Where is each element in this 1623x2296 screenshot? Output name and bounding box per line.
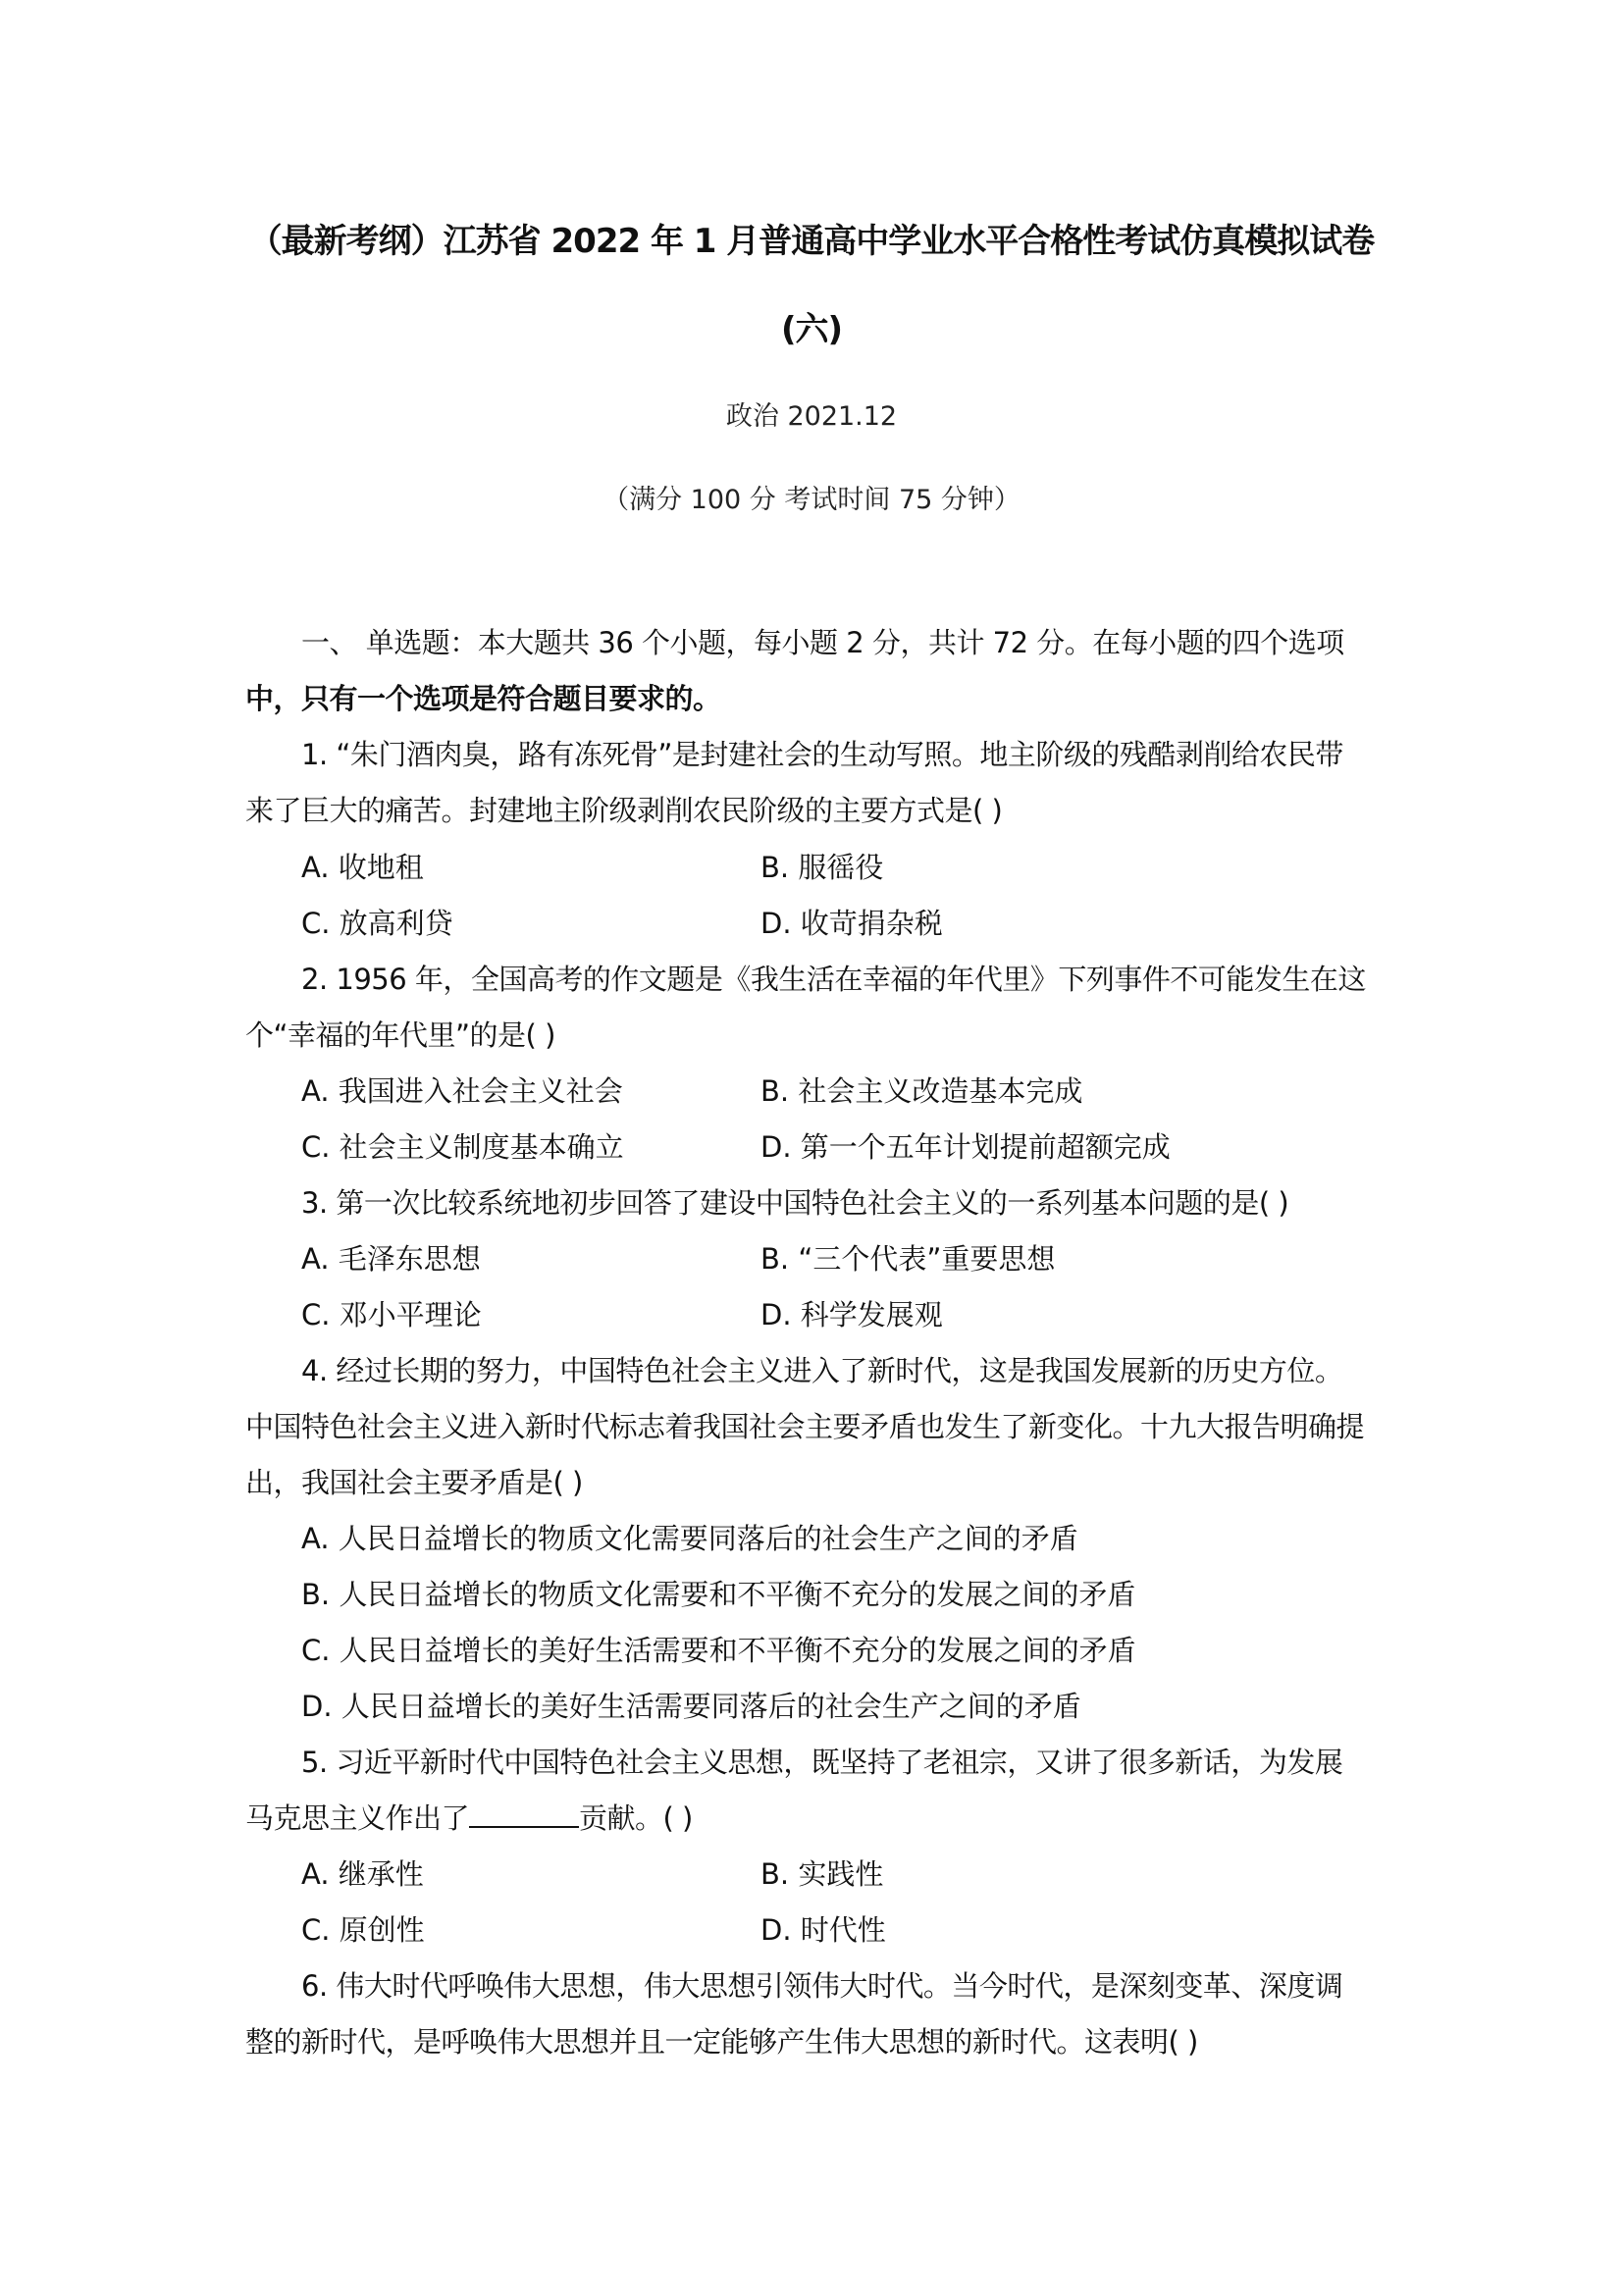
question-5-text-cont: 马克思主义作出了贡献。( ) (245, 1800, 1388, 1836)
question-5-option-c: C. 原创性 (301, 1912, 425, 1948)
question-4-text-cont: 中国特色社会主义进入新时代标志着我国社会主要矛盾也发生了新变化。十九大报告明确提 (245, 1409, 1388, 1444)
question-5-option-a: A. 继承性 (301, 1856, 424, 1892)
question-3-option-d: D. 科学发展观 (760, 1297, 943, 1332)
question-1-text: 1. “朱门酒肉臭，路有冻死骨”是封建社会的生动写照。地主阶级的残酷剥削给农民带 (301, 737, 1388, 772)
answer-blank (469, 1800, 579, 1828)
question-5-text-before-blank: 马克思主义作出了 (245, 1801, 469, 1835)
question-1-option-c: C. 放高利贷 (301, 906, 453, 941)
question-4-option-b: B. 人民日益增长的物质文化需要和不平衡不充分的发展之间的矛盾 (301, 1577, 1135, 1612)
exam-subtitle: (六) (0, 302, 1623, 350)
section-heading: 一、 单选题：本大题共 36 个小题，每小题 2 分，共计 72 分。在每小题的… (301, 625, 1388, 660)
question-2-option-b: B. 社会主义改造基本完成 (760, 1073, 1082, 1109)
question-2-option-a: A. 我国进入社会主义社会 (301, 1073, 623, 1109)
question-5-option-d: D. 时代性 (760, 1912, 886, 1948)
question-3-option-c: C. 邓小平理论 (301, 1297, 482, 1332)
question-3-text: 3. 第一次比较系统地初步回答了建设中国特色社会主义的一系列基本问题的是( ) (301, 1185, 1388, 1221)
score-time-line: （满分 100 分 考试时间 75 分钟） (0, 478, 1623, 516)
question-6-text-cont: 整的新时代，是呼唤伟大思想并且一定能够产生伟大思想的新时代。这表明( ) (245, 2024, 1388, 2060)
question-4-text-cont2: 出，我国社会主要矛盾是( ) (245, 1465, 1388, 1500)
question-2-option-d: D. 第一个五年计划提前超额完成 (760, 1129, 1171, 1165)
exam-page: （最新考纲）江苏省 2022 年 1 月普通高中学业水平合格性考试仿真模拟试卷 … (0, 0, 1623, 2296)
question-6-text: 6. 伟大时代呼唤伟大思想，伟大思想引领伟大时代。当今时代，是深刻变革、深度调 (301, 1968, 1388, 2004)
question-1-option-a: A. 收地租 (301, 850, 424, 885)
question-4-text: 4. 经过长期的努力，中国特色社会主义进入了新时代，这是我国发展新的历史方位。 (301, 1353, 1388, 1388)
question-5-text-after-blank: 贡献。( ) (579, 1801, 693, 1835)
question-1-option-d: D. 收苛捐杂税 (760, 906, 943, 941)
question-5-text: 5. 习近平新时代中国特色社会主义思想，既坚持了老祖宗，又讲了很多新话，为发展 (301, 1745, 1388, 1780)
subject-date-line: 政治 2021.12 (0, 394, 1623, 433)
question-5-option-b: B. 实践性 (760, 1856, 883, 1892)
question-3-option-a: A. 毛泽东思想 (301, 1241, 481, 1277)
section-heading-cont: 中，只有一个选项是符合题目要求的。 (245, 681, 1388, 716)
question-4-option-d: D. 人民日益增长的美好生活需要同落后的社会生产之间的矛盾 (301, 1689, 1081, 1724)
question-4-option-c: C. 人民日益增长的美好生活需要和不平衡不充分的发展之间的矛盾 (301, 1633, 1136, 1668)
question-1-option-b: B. 服徭役 (760, 850, 883, 885)
question-2-option-c: C. 社会主义制度基本确立 (301, 1129, 624, 1165)
question-2-text: 2. 1956 年，全国高考的作文题是《我生活在幸福的年代里》下列事件不可能发生… (301, 962, 1388, 997)
exam-title: （最新考纲）江苏省 2022 年 1 月普通高中学业水平合格性考试仿真模拟试卷 (0, 214, 1623, 262)
question-1-text-cont: 来了巨大的痛苦。封建地主阶级剥削农民阶级的主要方式是( ) (245, 793, 1388, 828)
question-2-text-cont: 个“幸福的年代里”的是( ) (245, 1018, 1388, 1053)
question-3-option-b: B. “三个代表”重要思想 (760, 1241, 1055, 1277)
question-4-option-a: A. 人民日益增长的物质文化需要同落后的社会生产之间的矛盾 (301, 1521, 1078, 1556)
